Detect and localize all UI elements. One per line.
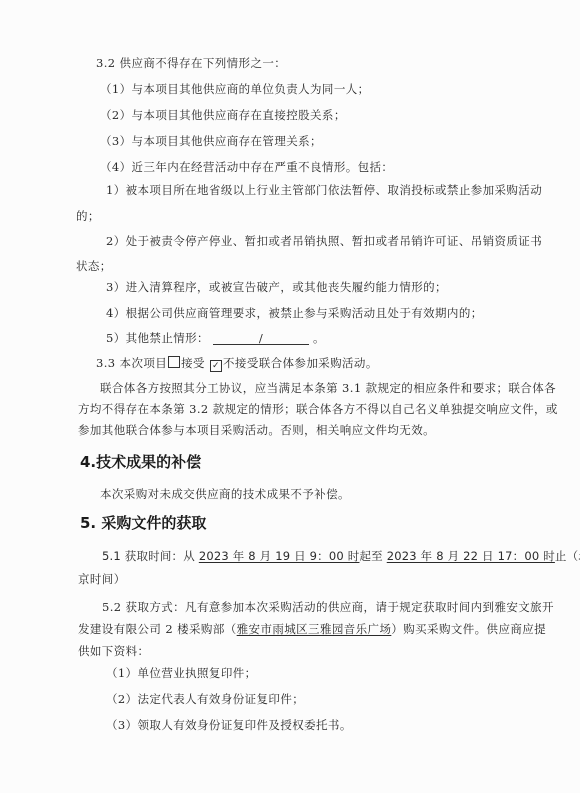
clause-3-3-prefix: 3.3 本次项目 bbox=[96, 356, 167, 370]
material-item-3: （3）领取人有效身份证复印件及授权委托书。 bbox=[106, 718, 352, 732]
consortium-para-line-1: 联合体各方按照其分工协议，应当满足本条第 3.1 款规定的相应条件和要求；联合体… bbox=[100, 381, 556, 395]
section-4-body: 本次采购对未成交供应商的技术成果不予补偿。 bbox=[100, 487, 350, 501]
sub-item-4: 4）根据公司供应商管理要求，被禁止参与采购活动且处于有效期内的； bbox=[106, 306, 483, 320]
sub-item-5: 5）其他禁止情形： / 。 bbox=[106, 331, 325, 345]
clause-5-2-prefix: 发建设有限公司 2 楼采购部（ bbox=[78, 622, 237, 636]
clause-5-1-cont: 京时间） bbox=[78, 572, 126, 586]
sub-item-2-line-2: 状态； bbox=[76, 259, 112, 273]
clause-5-2-line-1: 5.2 获取方式：凡有意参加本次采购活动的供应商，请于规定获取时间内到雅安文旅开 bbox=[102, 600, 554, 614]
clause-3-2-item-1: （1）与本项目其他供应商的单位负责人为同一人； bbox=[100, 82, 370, 96]
sub-item-1-line-1: 1）被本项目所在地省级以上行业主管部门依法暂停、取消投标或禁止参加采购活动 bbox=[106, 183, 542, 197]
reject-checkbox-checked-icon: ✓ bbox=[210, 360, 222, 372]
clause-3-3: 3.3 本次项目接受 ✓不接受联合体参加采购活动。 bbox=[96, 356, 378, 372]
material-item-1: （1）单位营业执照复印件； bbox=[106, 666, 257, 680]
clause-5-2-line-2: 发建设有限公司 2 楼采购部（雅安市雨城区三雅园音乐广场）购买采购文件。供应商应… bbox=[78, 622, 546, 636]
sub-item-5-blank: / bbox=[213, 332, 309, 345]
sub-item-5-end: 。 bbox=[313, 331, 325, 345]
clause-3-2-item-4: （4）近三年内在经营活动中存在严重不良情形。包括： bbox=[100, 160, 393, 174]
sub-item-2-line-1: 2）处于被责令停产停业、暂扣或者吊销执照、暂扣或者吊销许可证、吊销资质证书 bbox=[106, 234, 542, 248]
clause-5-2-suffix: ）购买采购文件。供应商应提 bbox=[391, 622, 546, 636]
section-5-heading: 5. 采购文件的获取 bbox=[80, 514, 206, 532]
sub-item-5-label: 5）其他禁止情形： bbox=[106, 331, 209, 345]
clause-5-1-prefix: 5.1 获取时间：从 bbox=[102, 549, 195, 563]
section-4-heading: 4.技术成果的补偿 bbox=[80, 453, 201, 471]
sub-item-1-line-2: 的； bbox=[76, 209, 100, 223]
clause-3-2-title: 3.2 供应商不得存在下列情形之一： bbox=[96, 56, 286, 70]
clause-5-2-line-3: 供如下资料： bbox=[78, 644, 149, 658]
accept-checkbox-icon bbox=[168, 356, 180, 368]
clause-5-1: 5.1 获取时间：从 2023 年 8 月 19 日 9：00 时起至 2023… bbox=[102, 549, 580, 563]
sub-item-3: 3）进入清算程序，或被宣告破产，或其他丧失履约能力情形的； bbox=[106, 280, 447, 294]
clause-3-2-item-2: （2）与本项目其他供应商存在直接控股关系； bbox=[100, 108, 346, 122]
purchase-address: 雅安市雨城区三雅园音乐广场 bbox=[237, 622, 392, 636]
start-time: 2023 年 8 月 19 日 9：00 时 bbox=[199, 549, 360, 563]
end-time: 2023 年 8 月 22 日 17：00 时 bbox=[387, 549, 555, 563]
clause-5-1-mid: 起至 bbox=[359, 549, 382, 563]
consortium-para-line-3: 参加其他联合体参与本项目采购活动。否则，相关响应文件均无效。 bbox=[78, 423, 435, 437]
document-page: 3.2 供应商不得存在下列情形之一： （1）与本项目其他供应商的单位负责人为同一… bbox=[0, 0, 580, 793]
clause-5-1-suffix: 止（北 bbox=[555, 549, 580, 563]
consortium-para-line-2: 方均不得存在本条第 3.2 款规定的情形；联合体各方不得以自己名义单独提交响应文… bbox=[78, 402, 558, 416]
clause-3-2-item-3: （3）与本项目其他供应商存在管理关系； bbox=[100, 134, 322, 148]
material-item-2: （2）法定代表人有效身份证复印件； bbox=[106, 692, 304, 706]
reject-label: 不接受联合体参加采购活动。 bbox=[223, 356, 378, 370]
accept-label: 接受 bbox=[181, 356, 205, 370]
